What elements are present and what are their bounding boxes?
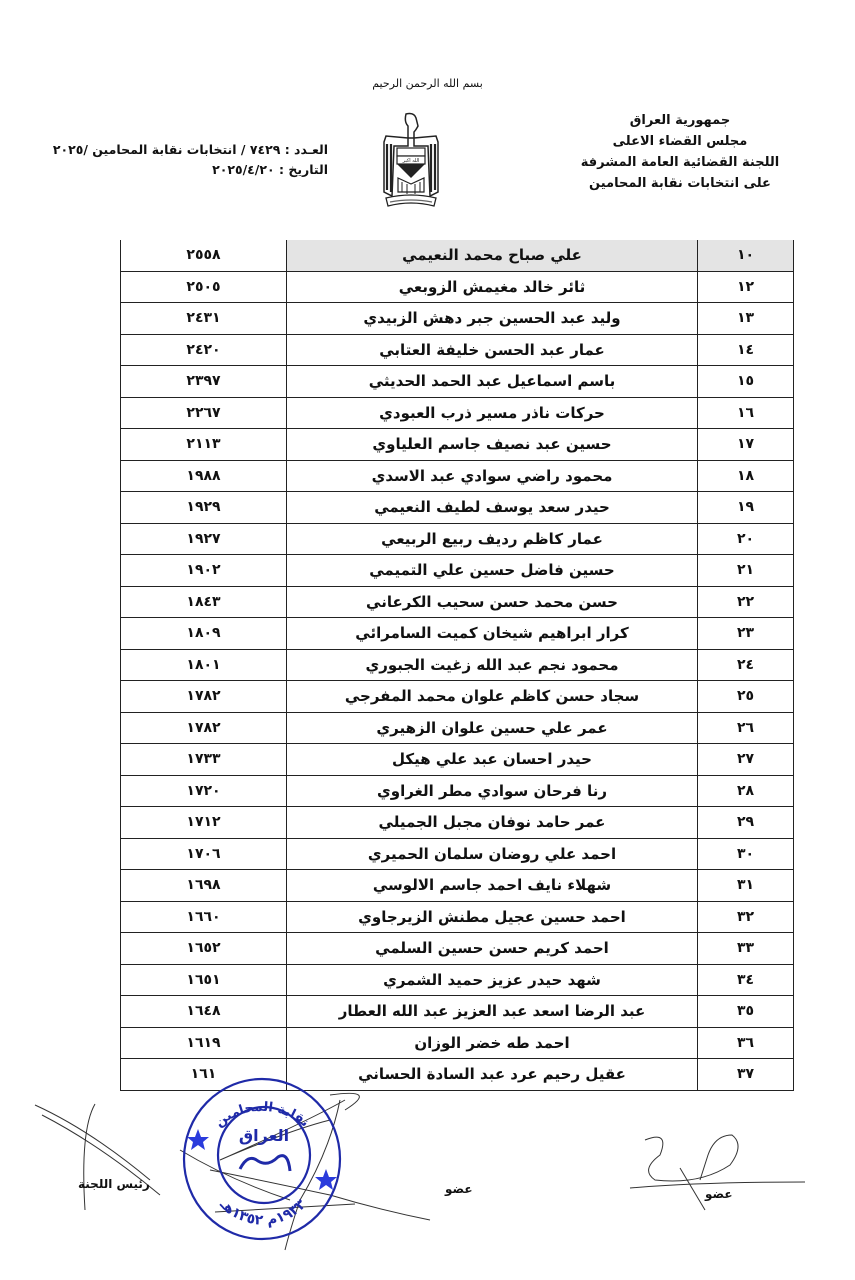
table-row: ٢٤محمود نجم عبد الله زغيت الجبوري١٨٠١	[121, 649, 793, 681]
votes-cell: ١٦٤٨	[121, 996, 287, 1028]
name-cell: محمود نجم عبد الله زغيت الجبوري	[287, 649, 698, 681]
votes-cell: ٢٣٩٧	[121, 366, 287, 398]
seq-cell: ٢٤	[698, 649, 794, 681]
table-row: ١٠علي صباح محمد النعيمي٢٥٥٨	[121, 240, 793, 271]
votes-cell: ١٩٢٧	[121, 523, 287, 555]
seq-cell: ٣٥	[698, 996, 794, 1028]
table-row: ١٤عمار عبد الحسن خليفة العتابي٢٤٢٠	[121, 334, 793, 366]
name-cell: شهد حيدر عزيز حميد الشمري	[287, 964, 698, 996]
name-cell: حسين فاضل حسين علي التميمي	[287, 555, 698, 587]
name-cell: حركات ناذر مسير ذرب العبودي	[287, 397, 698, 429]
svg-text:١٩٣٣م ١٣٥٢هـ: ١٩٣٣م ١٣٥٢هـ	[216, 1196, 310, 1229]
table-row: ١٦حركات ناذر مسير ذرب العبودي٢٢٦٧	[121, 397, 793, 429]
seq-cell: ٣٣	[698, 933, 794, 965]
seq-cell: ٣٤	[698, 964, 794, 996]
name-cell: عبد الرضا اسعد عبد العزيز عبد الله العطا…	[287, 996, 698, 1028]
seq-cell: ٢٧	[698, 744, 794, 776]
name-cell: احمد حسين عجيل مطنش الزيرجاوي	[287, 901, 698, 933]
issuer-line-4: على انتخابات نقابة المحامين	[565, 173, 795, 194]
name-cell: احمد علي روضان سلمان الحميري	[287, 838, 698, 870]
table-row: ٢٨رنا فرحان سوادي مطر الغراوي١٧٢٠	[121, 775, 793, 807]
table-row: ٣٤شهد حيدر عزيز حميد الشمري١٦٥١	[121, 964, 793, 996]
seq-cell: ١٧	[698, 429, 794, 461]
seq-cell: ٢١	[698, 555, 794, 587]
issuer-line-2: مجلس القضاء الاعلى	[565, 131, 795, 152]
name-cell: احمد طه خضر الوزان	[287, 1027, 698, 1059]
seq-cell: ٢٦	[698, 712, 794, 744]
chair-signature-label: رئيس اللجنة	[78, 1177, 150, 1191]
seq-cell: ٣٢	[698, 901, 794, 933]
votes-cell: ١٦٥١	[121, 964, 287, 996]
reference-number: العـدد : ٧٤٢٩ / انتخابات نقابة المحامين …	[18, 140, 328, 160]
votes-cell: ١٦٥٢	[121, 933, 287, 965]
stamp-bottom-text: ١٩٣٣م ١٣٥٢هـ	[216, 1196, 310, 1229]
table-row: ٢٩عمر حامد نوفان مجبل الجميلي١٧١٢	[121, 807, 793, 839]
votes-cell: ١٨٤٣	[121, 586, 287, 618]
table-row: ٢٥سجاد حسن كاظم علوان محمد المفرجي١٧٨٢	[121, 681, 793, 713]
seq-cell: ١٤	[698, 334, 794, 366]
seq-cell: ٢٥	[698, 681, 794, 713]
votes-cell: ٢٤٢٠	[121, 334, 287, 366]
seq-cell: ٣١	[698, 870, 794, 902]
seq-cell: ١٣	[698, 303, 794, 335]
results-table-body: ١٠علي صباح محمد النعيمي٢٥٥٨١٢ثائر خالد م…	[121, 240, 793, 1090]
name-cell: حيدر سعد يوسف لطيف النعيمي	[287, 492, 698, 524]
votes-cell: ١٧٠٦	[121, 838, 287, 870]
seq-cell: ١٨	[698, 460, 794, 492]
table-row: ١٥باسم اسماعيل عبد الحمد الحديثي٢٣٩٧	[121, 366, 793, 398]
seq-cell: ٢٨	[698, 775, 794, 807]
name-cell: عقيل رحيم عرد عبد السادة الحساني	[287, 1059, 698, 1090]
votes-cell: ٢٥٠٥	[121, 271, 287, 303]
votes-cell: ٢٢٦٧	[121, 397, 287, 429]
seq-cell: ١٢	[698, 271, 794, 303]
votes-cell: ٢٤٣١	[121, 303, 287, 335]
table-row: ١٨محمود راضي سوادي عبد الاسدي١٩٨٨	[121, 460, 793, 492]
table-row: ٣٦احمد طه خضر الوزان١٦١٩	[121, 1027, 793, 1059]
name-cell: عمر حامد نوفان مجبل الجميلي	[287, 807, 698, 839]
seq-cell: ٢٩	[698, 807, 794, 839]
votes-cell: ١٩٠٢	[121, 555, 287, 587]
votes-cell: ١٧٣٣	[121, 744, 287, 776]
table-row: ١٢ثائر خالد مغيمش الزوبعي٢٥٠٥	[121, 271, 793, 303]
name-cell: محمود راضي سوادي عبد الاسدي	[287, 460, 698, 492]
votes-cell: ١٨٠١	[121, 649, 287, 681]
table-row: ٢٦عمر علي حسين علوان الزهيري١٧٨٢	[121, 712, 793, 744]
table-row: ١٣وليد عبد الحسين جبر دهش الزبيدي٢٤٣١	[121, 303, 793, 335]
name-cell: وليد عبد الحسين جبر دهش الزبيدي	[287, 303, 698, 335]
table-row: ٣٥عبد الرضا اسعد عبد العزيز عبد الله الع…	[121, 996, 793, 1028]
name-cell: عمار كاظم رديف ربيع الربيعي	[287, 523, 698, 555]
name-cell: كرار ابراهيم شيخان كميت السامرائي	[287, 618, 698, 650]
name-cell: رنا فرحان سوادي مطر الغراوي	[287, 775, 698, 807]
table-row: ٢١حسين فاضل حسين علي التميمي١٩٠٢	[121, 555, 793, 587]
seq-cell: ١٦	[698, 397, 794, 429]
reference-date: التاريخ : ٢٠٢٥/٤/٢٠	[18, 160, 328, 180]
seq-cell: ٢٣	[698, 618, 794, 650]
stamp-center-text: العراق	[239, 1126, 289, 1145]
name-cell: سجاد حسن كاظم علوان محمد المفرجي	[287, 681, 698, 713]
table-row: ١٧حسين عبد نصيف جاسم العلياوي٢١١٣	[121, 429, 793, 461]
bismillah: بسم الله الرحمن الرحيم	[0, 77, 855, 90]
votes-cell: ١٧٨٢	[121, 681, 287, 713]
table-row: ٢٧حيدر احسان عبد علي هيكل١٧٣٣	[121, 744, 793, 776]
votes-cell: ١٦٩٨	[121, 870, 287, 902]
name-cell: احمد كريم حسن حسين السلمي	[287, 933, 698, 965]
official-stamp: نقابة المحامين ١٩٣٣م ١٣٥٢هـ العراق	[178, 1075, 346, 1243]
seq-cell: ٣٠	[698, 838, 794, 870]
member-2-signature-label: عضو	[705, 1187, 733, 1201]
issuer-line-3: اللجنة القضائية العامة المشرفة	[565, 152, 795, 173]
votes-cell: ١٦١٩	[121, 1027, 287, 1059]
reference-number-value: ٧٤٢٩ / انتخابات نقابة المحامين /٢٠٢٥	[53, 142, 281, 157]
seq-cell: ٢٢	[698, 586, 794, 618]
table-row: ٣١شهلاء نايف احمد جاسم الالوسي١٦٩٨	[121, 870, 793, 902]
table-row: ٢٣كرار ابراهيم شيخان كميت السامرائي١٨٠٩	[121, 618, 793, 650]
reference-date-value: ٢٠٢٥/٤/٢٠	[212, 162, 275, 177]
iraq-coat-of-arms-icon: الله اكبر	[380, 112, 442, 212]
seq-cell: ٣٦	[698, 1027, 794, 1059]
seq-cell: ٢٠	[698, 523, 794, 555]
votes-cell: ١٧١٢	[121, 807, 287, 839]
name-cell: ثائر خالد مغيمش الزوبعي	[287, 271, 698, 303]
reference-date-label: التاريخ :	[279, 162, 328, 177]
table-row: ١٩حيدر سعد يوسف لطيف النعيمي١٩٢٩	[121, 492, 793, 524]
results-table: ١٠علي صباح محمد النعيمي٢٥٥٨١٢ثائر خالد م…	[120, 240, 794, 1091]
table-row: ٢٢حسن محمد حسن سحيب الكرعاني١٨٤٣	[121, 586, 793, 618]
reference-block: العـدد : ٧٤٢٩ / انتخابات نقابة المحامين …	[18, 140, 328, 180]
votes-cell: ٢٥٥٨	[121, 240, 287, 271]
issuer-line-1: جمهورية العراق	[565, 110, 795, 131]
seq-cell: ١٠	[698, 240, 794, 271]
seq-cell: ١٥	[698, 366, 794, 398]
seq-cell: ٣٧	[698, 1059, 794, 1090]
issuer-block: جمهورية العراق مجلس القضاء الاعلى اللجنة…	[565, 110, 795, 194]
votes-cell: ١٦٦٠	[121, 901, 287, 933]
name-cell: حسن محمد حسن سحيب الكرعاني	[287, 586, 698, 618]
votes-cell: ١٨٠٩	[121, 618, 287, 650]
votes-cell: ١٧٨٢	[121, 712, 287, 744]
reference-number-label: العـدد :	[285, 142, 328, 157]
name-cell: شهلاء نايف احمد جاسم الالوسي	[287, 870, 698, 902]
signatures-area: رئيس اللجنة عضو عضو	[0, 1090, 855, 1280]
table-row: ٢٠عمار كاظم رديف ربيع الربيعي١٩٢٧	[121, 523, 793, 555]
votes-cell: ١٩٨٨	[121, 460, 287, 492]
name-cell: باسم اسماعيل عبد الحمد الحديثي	[287, 366, 698, 398]
name-cell: علي صباح محمد النعيمي	[287, 240, 698, 271]
table-row: ٣٠احمد علي روضان سلمان الحميري١٧٠٦	[121, 838, 793, 870]
votes-cell: ١٧٢٠	[121, 775, 287, 807]
name-cell: حسين عبد نصيف جاسم العلياوي	[287, 429, 698, 461]
votes-cell: ١٩٢٩	[121, 492, 287, 524]
seq-cell: ١٩	[698, 492, 794, 524]
name-cell: عمر علي حسين علوان الزهيري	[287, 712, 698, 744]
name-cell: حيدر احسان عبد علي هيكل	[287, 744, 698, 776]
svg-text:الله اكبر: الله اكبر	[402, 158, 420, 164]
table-row: ٣٢احمد حسين عجيل مطنش الزيرجاوي١٦٦٠	[121, 901, 793, 933]
votes-cell: ٢١١٣	[121, 429, 287, 461]
table-row: ٣٣احمد كريم حسن حسين السلمي١٦٥٢	[121, 933, 793, 965]
member-1-signature-label: عضو	[445, 1182, 473, 1196]
name-cell: عمار عبد الحسن خليفة العتابي	[287, 334, 698, 366]
